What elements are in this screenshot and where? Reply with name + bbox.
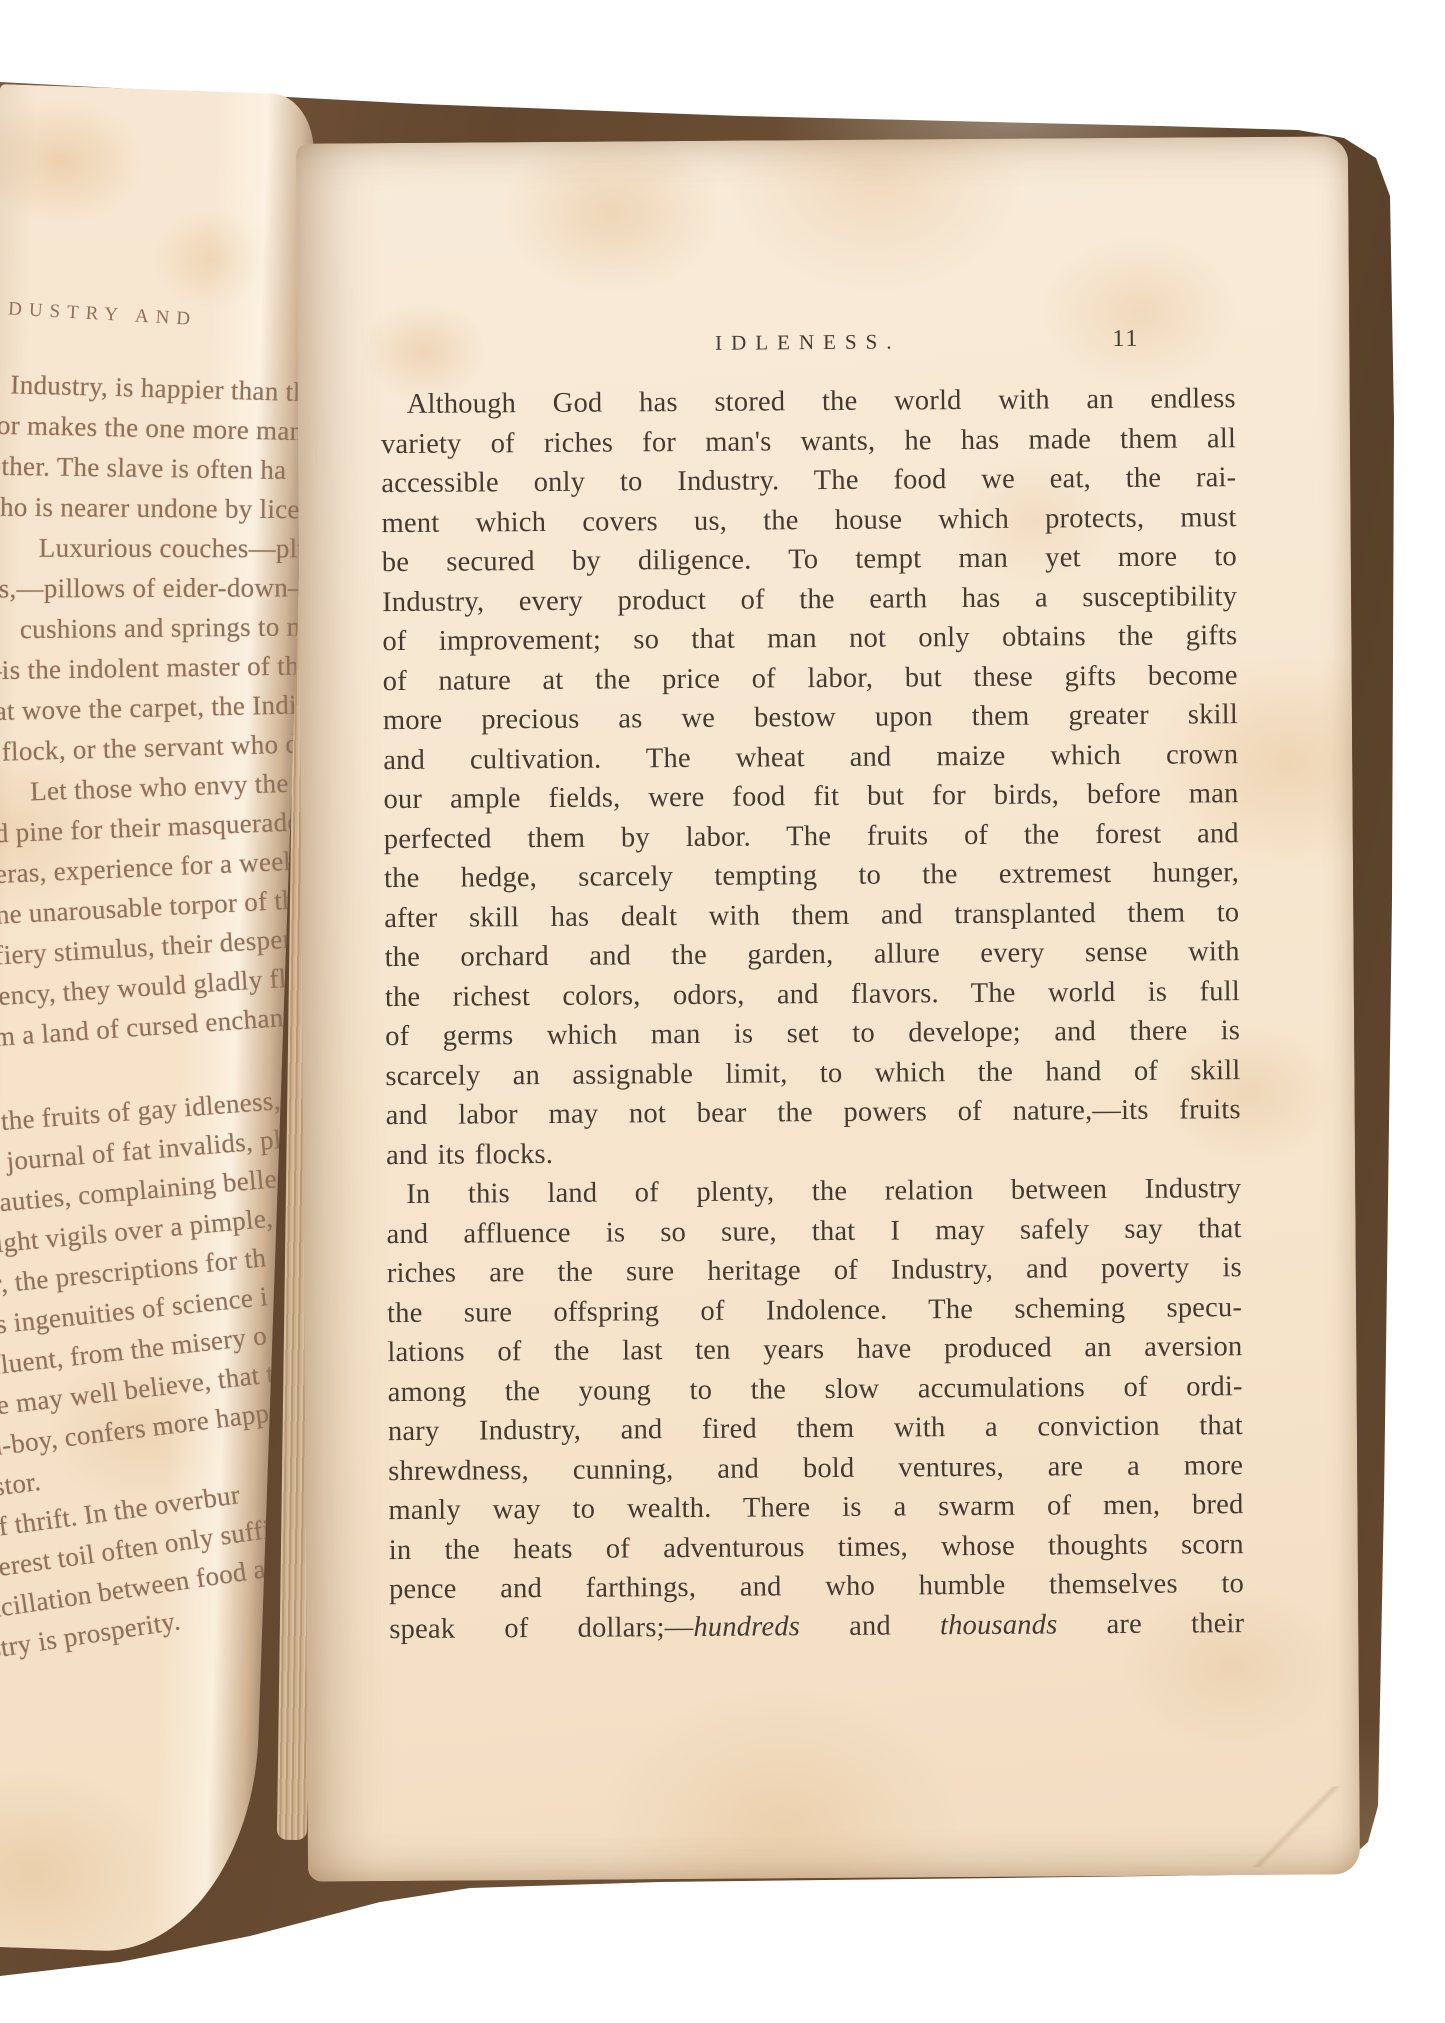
right-page-running-head: IDLENESS. (380, 327, 1235, 358)
text-line: the sure offspring of Indolence. The sch… (387, 1288, 1242, 1333)
text-line: our ample fields, were food fit but for … (383, 774, 1238, 819)
paragraph-2: In this land of plenty, the relation bet… (386, 1169, 1244, 1649)
text-line: and cultivation. The wheat and maize whi… (383, 735, 1238, 780)
text-line: and affluence is so sure, that I may saf… (386, 1209, 1241, 1254)
text-line: other. The slave is often ha (0, 446, 316, 492)
text-line: lations of the last ten years have produ… (387, 1327, 1242, 1372)
text-line: who is nearer undone by licens (0, 487, 316, 531)
page-corner-crease (1247, 1786, 1348, 1867)
text-line: manly way to wealth. There is a swarm of… (388, 1485, 1243, 1530)
left-page-running-head: DUSTRY AND (8, 298, 198, 331)
text-line: of nature at the price of labor, but the… (383, 656, 1238, 701)
text-line: pence and farthings, and who humble them… (389, 1564, 1244, 1609)
text-line: Although God has stored the world with a… (381, 379, 1236, 424)
right-page-text: Although God has stored the world with a… (381, 379, 1245, 1649)
text-line: ms,—pillows of eider-down—cu (0, 567, 316, 609)
text-line: after skill has dealt with them and tran… (384, 893, 1239, 938)
book-photo: DUSTRY AND Industry, is happier than the… (0, 0, 1445, 2023)
text-line: in the heats of adventurous times, whose… (389, 1525, 1244, 1570)
text-line: and its flocks. (386, 1130, 1241, 1175)
paragraph-1: Although God has stored the world with a… (381, 379, 1241, 1175)
page-number: 11 (1112, 326, 1139, 353)
text-line: variety of riches for man's wants, he ha… (381, 419, 1236, 464)
text-line: the richest colors, odors, and flavors. … (385, 972, 1240, 1017)
text-line: scarcely an assignable limit, to which t… (385, 1051, 1240, 1096)
text-line: In this land of plenty, the relation bet… (386, 1169, 1241, 1214)
text-line: more precious as we bestow upon them gre… (383, 695, 1238, 740)
text-line: perfected them by labor. The fruits of t… (384, 814, 1239, 859)
text-line: ment which covers us, the house which pr… (381, 498, 1236, 543)
text-line: Industry, every product of the earth has… (382, 577, 1237, 622)
text-line: the orchard and the garden, allure every… (384, 932, 1239, 977)
text-line: cushions and springs to mak (0, 606, 316, 650)
text-line: of improvement; so that man not only obt… (382, 616, 1237, 661)
text-line: and labor may not bear the powers of nat… (386, 1090, 1241, 1135)
text-line: among the young to the slow accumulation… (388, 1367, 1243, 1412)
text-line: the hedge, scarcely tempting to the extr… (384, 853, 1239, 898)
text-line: nary Industry, and fired them with a con… (388, 1406, 1243, 1451)
text-line: Luxurious couches—plushy ca (0, 528, 316, 570)
text-line: be secured by diligence. To tempt man ye… (382, 537, 1237, 582)
right-page: IDLENESS. 11 Although God has stored the… (296, 136, 1360, 1881)
text-line: riches are the sure heritage of Industry… (387, 1248, 1242, 1293)
text-line: accessible only to Industry. The food we… (381, 458, 1236, 503)
text-line: of germs which man is set to develope; a… (385, 1011, 1240, 1056)
text-line: bor makes the one more manl (0, 405, 316, 453)
text-line: shrewdness, cunning, and bold ventures, … (388, 1446, 1243, 1491)
text-line: speak of dollars;—hundreds and thousands… (389, 1604, 1244, 1649)
